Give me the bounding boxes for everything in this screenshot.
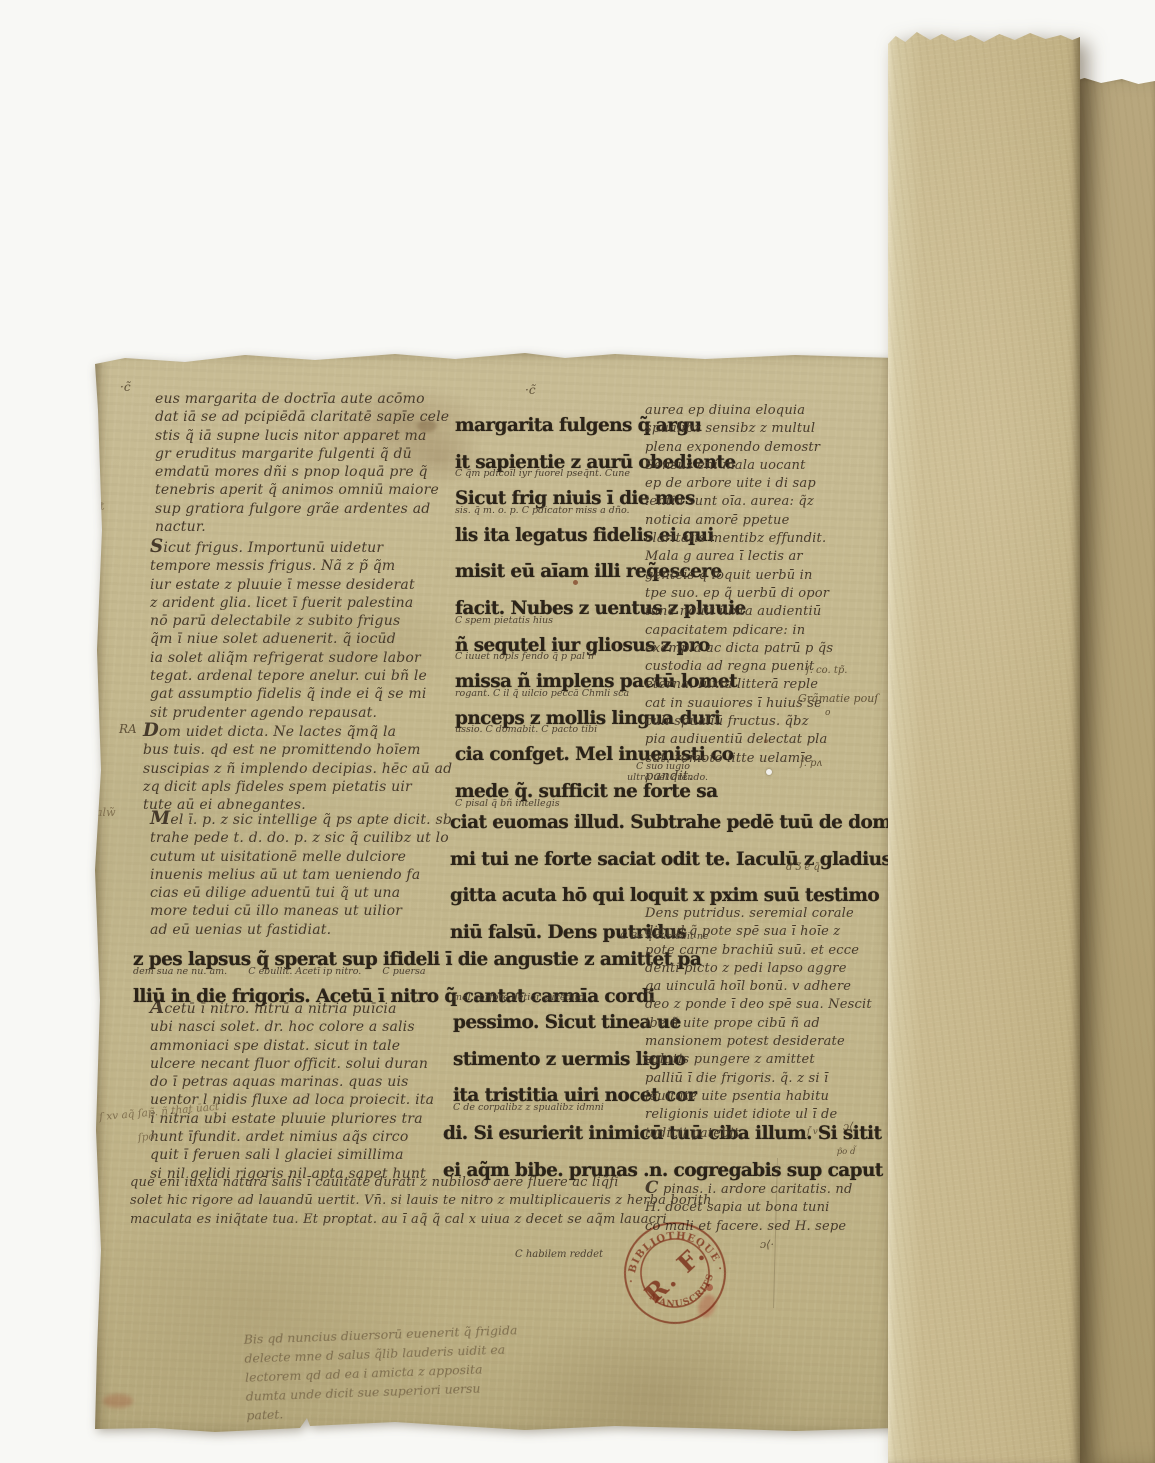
text-line: quit ī feruen sali l glaciei simillima	[150, 1146, 475, 1164]
text-line: cat. remoto litte uelamīe	[645, 750, 900, 768]
margin-note-right-2: Grãmatie pouſ	[798, 692, 878, 705]
quire-mark-left: ·c̃	[120, 380, 131, 394]
ink-spot	[573, 580, 578, 585]
text-line: genteis q̃ loquit uerbū in	[645, 567, 900, 585]
text-line: deo z ponde ī deo spē sua. Nescit	[645, 996, 900, 1014]
text-line: pia audiuentiū delectat pla	[645, 731, 900, 749]
text-line: zq dicit apls fideles spem pietatis uir	[143, 778, 478, 796]
text-line: culi spualiū fructus. q̃bz	[645, 713, 900, 731]
text-line: ad eū uenias ut fastidiat.	[150, 921, 475, 939]
text-line: Dom uidet dicta. Ne lactes q̃mq̃ la	[143, 722, 478, 741]
text-line: plena exponendo demostr	[645, 439, 900, 457]
gloss-column-right-1: aurea ep diuina eloquiaspualibz sensibz …	[645, 402, 900, 786]
margin-note-left-2: alw̃	[96, 806, 116, 819]
text-line: nō parū delectabile z subito frigus	[150, 612, 475, 630]
text-line: tenebris aperit q̃ animos omniū maiore	[155, 481, 475, 499]
margin-note-right-6-line1: ſ̃ v	[807, 1127, 818, 1137]
text-line: religionis uidet idiote ul ī de	[645, 1106, 900, 1124]
text-line: mi tui ne forte saciat odit te. Iaculū z…	[450, 842, 925, 879]
text-line: pote carne brachiū suū. et ecce	[645, 942, 900, 960]
text-line: gat assumptio fidelis q̃ inde ei q̃ se m…	[150, 685, 475, 703]
paper-strip-front	[888, 28, 1080, 1463]
text-line: bus tuis. qd est ne promittendo hoīem	[143, 741, 478, 759]
text-line: dicrul q̃ pote spē sua ī hoīe z	[645, 923, 900, 941]
text-line: Dens putridus. seremial corale	[645, 905, 900, 923]
gloss-habilem: C habilem reddet	[515, 1249, 603, 1260]
text-line: spualibz sensibz z multul	[645, 420, 900, 438]
text-line: suscipias z ñ implendo decipias. hēc aū …	[143, 760, 478, 778]
text-line: aurea ep diuina eloquia	[645, 402, 900, 420]
text-line: C pinas. i. ardore caritatis. nd	[645, 1178, 900, 1199]
text-line: ientia sunt oīa. aurea: q̃z	[645, 493, 900, 511]
text-line: more tedui cū illo maneas ut uilior	[150, 902, 475, 920]
text-line: iur estate z pluuie ī messe desiderat	[150, 576, 475, 594]
text-line: ia solet aliq̃m refrigerat sudore labor	[150, 649, 475, 667]
text-line: capacitatem pdicare: in	[645, 622, 900, 640]
text-line: tegat. ardenal tepore anelur. cui bñ le	[150, 667, 475, 685]
text-line: inuenis melius aū ut tam ueniendo fa	[150, 866, 475, 884]
text-line: solet hic rigore ad lauandū uertit. Vn̄.…	[130, 1192, 660, 1210]
text-line: sit prudenter agendo repausat.	[150, 704, 475, 722]
text-line: ammoniaci spe distat. sicut in tale	[150, 1037, 475, 1055]
manuscript-scan: ·c̃ ·c̃ eus margarita de doctrīa aute ac…	[0, 0, 1155, 1463]
text-line: iudicii patebit.	[645, 1125, 900, 1143]
margin-note-left-3-line2: ſpo.	[137, 1130, 158, 1144]
text-line: nactur.	[155, 518, 475, 536]
gloss-column-left-p3: Dom uidet dicta. Ne lactes q̃mq̃ labus t…	[143, 722, 478, 814]
text-line: claritatis mentibz effundit.	[645, 530, 900, 548]
text-line: ga uinculā hoīl bonū. v adhere	[645, 978, 900, 996]
paper-strip-front-surface	[888, 28, 1080, 1463]
text-line: eus margarita de doctrīa aute acōmo	[155, 390, 475, 408]
text-line: pandit.	[645, 768, 900, 786]
text-line: ep de arbore uite i di sap	[645, 475, 900, 493]
text-line: cutum ut uisitationē melle dulciore	[150, 848, 475, 866]
text-line: trahe pede t. d. do. p. z sic q̃ cuilibz…	[150, 829, 475, 847]
text-line: tempore messis frigus. Nã z p̃ q̃m	[150, 557, 475, 575]
margin-note-left-1: p̃t	[92, 499, 105, 513]
text-line: exempla ac dicta patrū p q̃s	[645, 640, 900, 658]
text-line: Sensus eni mala uocant	[645, 457, 900, 475]
text-line: Mala g aurea ī lectis ar	[645, 548, 900, 566]
text-line: Sicut frigus. Importunū uidetur	[150, 538, 475, 557]
margin-note-right-6-line2: p̃o d̃	[837, 1147, 856, 1157]
gloss-column-right-2: Dens putridus. seremial coraledicrul q̃ …	[645, 905, 900, 1143]
margin-note-right-6: ſ̃ v p̃o d̃	[807, 1127, 855, 1157]
margin-ra-mark: RA	[119, 722, 137, 736]
margin-note-right-2b: o	[825, 708, 830, 718]
text-line: Mel ī. p. z sic intellige q̃ ps apte dic…	[150, 810, 475, 829]
gloss-column-left-p2: Sicut frigus. Importunū uideturtempore m…	[150, 538, 475, 722]
text-line: maculata es iniq̃tate tua. Et proptat. a…	[130, 1211, 660, 1229]
text-line: noticia amorē ppetue	[645, 512, 900, 530]
text-line: ibe ñ uite prope cibū ñ ad	[645, 1015, 900, 1033]
text-line: denti picto z pedi lapso aggre	[645, 960, 900, 978]
gloss-column-left-p5: Acetū ī nitro. nitrū a nitria puīciaubi …	[150, 999, 475, 1183]
margin-note-right-1: ſ. co. tp̃.	[806, 665, 847, 676]
text-line: ciat euomas illud. Subtrahe pedē tuū de …	[450, 805, 925, 842]
text-line: q̃m ī niue solet aduenerit. q̃ iocūd	[150, 630, 475, 648]
text-line: salutis pungere z amittet	[645, 1051, 900, 1069]
parchment-hole	[766, 769, 772, 775]
stamp-side-mark: ɔ⟨·	[760, 1238, 774, 1251]
text-line: custodia ad regna puenit	[645, 658, 900, 676]
text-line: gr eruditus margarite fulgenti q̃ dū	[155, 445, 475, 463]
text-line: ulcere necant fluor officit. solui duran	[150, 1055, 475, 1073]
text-line: ubi nasci solet. dr. hoc colore a salis	[150, 1018, 475, 1036]
margin-note-right-4: d Ʒ e q̃	[786, 862, 820, 873]
parchment: ·c̃ ·c̃ eus margarita de doctrīa aute ac…	[95, 350, 895, 1440]
text-line: cias eū dilige aduentū tui q̃ ut una	[150, 884, 475, 902]
margin-note-right-3: f̃. pʌ	[800, 758, 822, 769]
text-line: z arident glia. licet ī fuerit palestina	[150, 594, 475, 612]
text-line: palliū ī die frigoris. q̃. z si ī	[645, 1070, 900, 1088]
text-line: mansionem potest desiderate	[645, 1033, 900, 1051]
library-stamp: · BIBLIOTHEQUE · · MANUSCRITS · R. F.	[615, 1213, 735, 1333]
text-line: leuitate uite psentia habitu	[645, 1088, 900, 1106]
stain	[103, 1394, 133, 1408]
bottom-note: Bis qd nuncius diuersorū euenerit q̃ fri…	[243, 1320, 520, 1424]
paper-strip-back	[1072, 76, 1155, 1463]
ink-spot	[764, 739, 768, 743]
text-line: tune nouit iuxta audientiū	[645, 603, 900, 621]
quire-mark-mid: ·c̃	[525, 383, 536, 397]
gloss-column-left-p1: eus margarita de doctrīa aute acōmodat i…	[155, 390, 475, 536]
text-line: emdatū mores dñi s pnop loquā pre q̃	[155, 463, 475, 481]
text-line: tpe suo. ep q̃ uerbū di opor	[645, 585, 900, 603]
text-line: sup gratiora fulgore grãe ardentes ad	[155, 500, 475, 518]
text-line: do ī petras aquas marinas. quas uis	[150, 1073, 475, 1091]
manuscript-page: ·c̃ ·c̃ eus margarita de doctrīa aute ac…	[95, 350, 895, 1440]
gloss-column-left-p4: Mel ī. p. z sic intellige q̃ ps apte dic…	[150, 810, 475, 939]
stain	[417, 420, 437, 432]
